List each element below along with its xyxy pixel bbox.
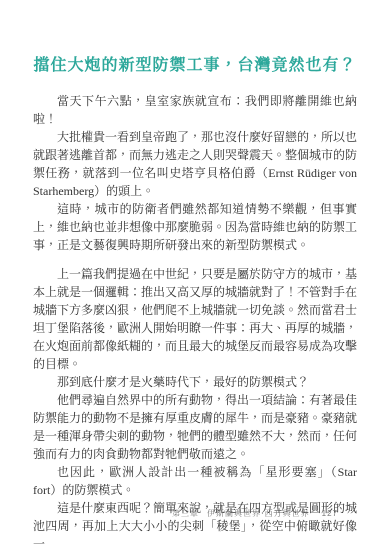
paragraph: 也因此，歐洲人設計出一種被稱為「星形要塞」（Star fort）的防禦模式。 <box>33 463 357 499</box>
text-section: 當天下午六點，皇室家族就宣布：我們即將離開維也納啦！ 大批權貴一看到皇帝跑了，那… <box>33 92 357 254</box>
footer-chapter-label: 第三章 <box>172 508 199 519</box>
book-page: 擋住大炮的新型防禦工事，台灣竟然也有？ 當天下午六點，皇室家族就宣布：我們即將離… <box>0 0 390 548</box>
paragraph: 這時，城市的防衛者們雖然都知道情勢不樂觀，但事實上，維也納也並非想像中那麼脆弱。… <box>33 200 357 254</box>
footer-chapter-title: 伊斯蘭與世界·西方與世界 <box>207 508 310 519</box>
body-text: 當天下午六點，皇室家族就宣布：我們即將離開維也納啦！ 大批權貴一看到皇帝跑了，那… <box>33 92 357 548</box>
footer-page-number: 127 <box>322 509 338 518</box>
paragraph: 大批權貴一看到皇帝跑了，那也沒什麼好留戀的，所以也就跟著逃離首都，而無力逃走之人… <box>33 128 357 200</box>
paragraph: 他們尋遍自然界中的所有動物，得出一項結論：有著最佳防禦能力的動物不是擁有厚重皮膚… <box>33 391 357 463</box>
text-section: 上一篇我們提過在中世紀，只要是屬於防守方的城市，基本上就是一個邏輯：推出又高又厚… <box>33 265 357 548</box>
paragraph: 那到底什麼才是火藥時代下，最好的防禦模式？ <box>33 373 357 391</box>
page-footer: 第三章 伊斯蘭與世界·西方與世界 127 <box>172 508 338 519</box>
footer-chapter: 第三章 伊斯蘭與世界·西方與世界 <box>172 508 310 519</box>
paragraph: 這是什麼東西呢？簡單來說，就是在四方型或是圓形的城池四周，再加上大大小小的尖刺「… <box>33 499 357 548</box>
section-title: 擋住大炮的新型防禦工事，台灣竟然也有？ <box>20 52 370 75</box>
paragraph: 上一篇我們提過在中世紀，只要是屬於防守方的城市，基本上就是一個邏輯：推出又高又厚… <box>33 265 357 373</box>
paragraph: 當天下午六點，皇室家族就宣布：我們即將離開維也納啦！ <box>33 92 357 128</box>
